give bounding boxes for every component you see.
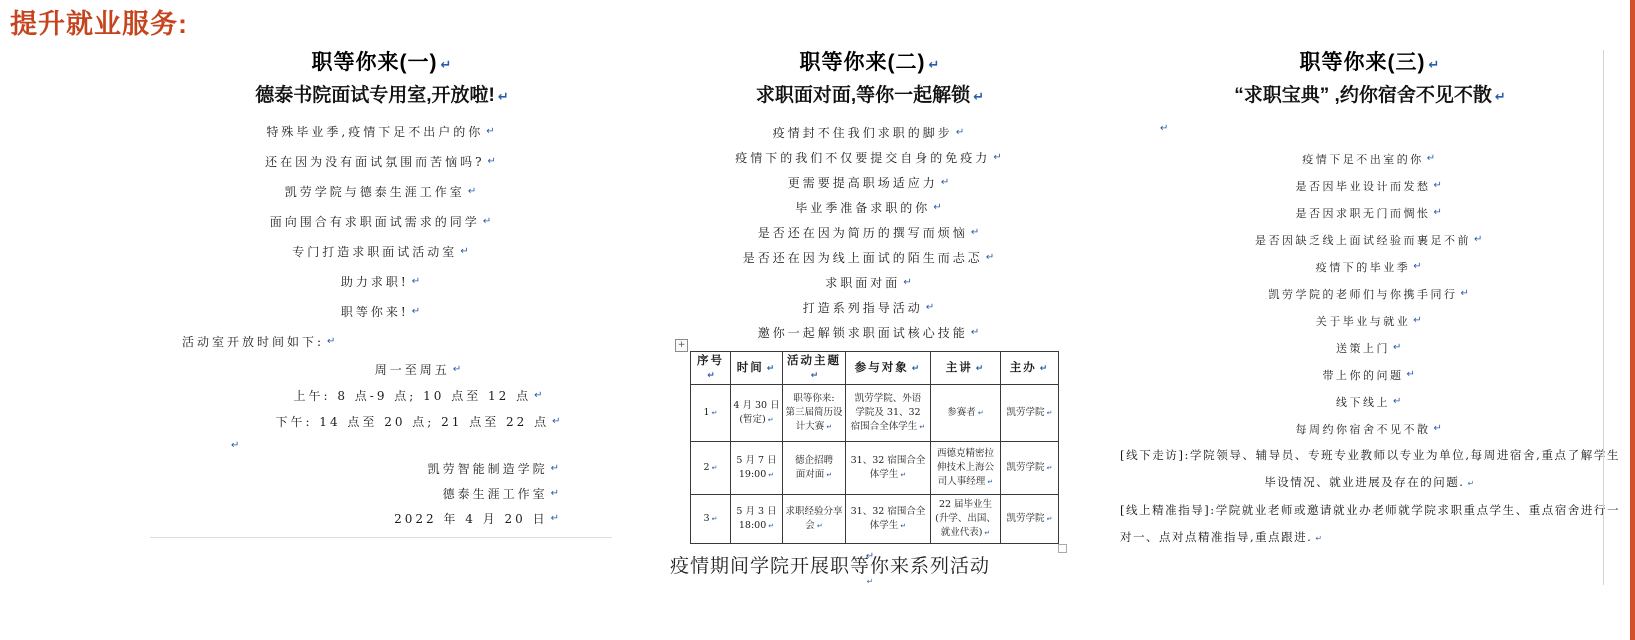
paragraph-mark-icon: ↵ [231,440,242,451]
doc-line: 疫情下足不出室的你↵ [1120,145,1620,172]
line-text: 打造系列指导活动 [803,299,923,316]
paragraph-mark-icon: ↵ [1413,315,1424,326]
line-text: 送策上门 [1336,340,1390,356]
table-header-cell: 活动主题↵ [783,352,846,385]
line-text: 2022 年 4 月 20 日 [394,510,548,527]
doc-line: 下午: 14 点至 20 点; 21 点至 22 点↵ [227,408,612,434]
doc-line: 职等你来!↵ [152,296,612,326]
caption: 疫情期间学院开展职等你来系列活动 [670,551,990,578]
line-text: 疫情封不住我们求职的脚步 [773,124,953,141]
table-header-cell: 主办↵ [1001,352,1059,385]
paragraph-mark-icon: ↵ [488,156,499,167]
paragraph-mark-icon: ↵ [1427,153,1438,164]
paragraph-mark-icon: ↵ [1495,90,1506,105]
table-row: 3↵5 月 3 日 18:00↵求职经验分享 会↵31、32 宿围合全 体学生↵… [691,495,1059,544]
table-cell: 5 月 3 日 18:00↵ [731,495,783,544]
doc3-title: 职等你来(三)↵ [1120,44,1620,76]
paragraph-mark-icon: ↵ [956,127,967,138]
paragraph-text: [线下走访]:学院领导、辅导员、专班专业教师以专业为单位,每周进宿舍,重点了解学… [1120,448,1620,489]
doc-line: 凯劳学院的老师们与你携手同行↵ [1120,280,1620,307]
doc-line: 助力求职!↵ [152,266,612,296]
doc3-intro-lines: 疫情下足不出室的你↵是否因毕业设计而发愁↵是否因求职无门而惆怅↵是否因缺乏线上面… [1120,145,1620,442]
line-text: 毕业季准备求职的你 [795,199,930,216]
line-text: 专门打造求职面试活动室 [292,243,457,260]
line-text: 上午: 8 点-9 点; 10 点至 12 点 [293,387,531,404]
doc1-subtitle: 德泰书院面试专用室,开放啦!↵ [152,84,612,108]
paragraph-mark-icon: ↵ [1413,261,1424,272]
line-text: 面向围合有求职面试需求的同学 [270,213,480,230]
line-text: 是否还在因为简历的撰写而烦恼 [758,224,968,241]
paragraph-mark-icon: ↵ [412,276,423,287]
paragraph-mark-icon: ↵ [1393,396,1404,407]
paragraph-mark-icon: ↵ [712,515,718,523]
doc-line: 专门打造求职面试活动室↵ [152,236,612,266]
paragraph-mark-icon: ↵ [1040,364,1050,374]
table-header-cell: 时间↵ [731,352,783,385]
doc2-title-text: 职等你来(二) [800,51,926,74]
line-text: 凯劳学院的老师们与你携手同行 [1269,286,1458,302]
table-cell: 凯劳学院↵ [1001,495,1059,544]
paragraph-mark-icon: ↵ [441,58,453,73]
line-text: 助力求职! [341,273,409,290]
paragraph-mark-icon: ↵ [826,423,832,431]
line-text: 周一至周五 [375,361,450,378]
table-cell: 3↵ [691,495,731,544]
doc-line: 线下线上↵ [1120,388,1620,415]
table-move-handle-icon[interactable]: + [675,339,688,352]
table-header-row: 序号↵时间↵活动主题↵参与对象↵主讲↵主办↵ [691,352,1059,385]
slide-canvas: 提升就业服务: 职等你来(一)↵ 德泰书院面试专用室,开放啦!↵ 特殊毕业季,疫… [0,0,1635,640]
doc1-page-edge [150,537,612,538]
paragraph-mark-icon: ↵ [993,152,1004,163]
paragraph-mark-icon: ↵ [768,522,774,530]
doc-line: 疫情下的我们不仅要提交自身的免疫力↵ [660,145,1080,170]
doc3-paragraph-online: [线上精准指导]:学院就业老师或邀请就业办老师就学院求职重点学生、重点宿舍进行一… [1120,497,1620,552]
doc-line: 是否因求职无门而惆怅↵ [1120,199,1620,226]
doc-line: 2022 年 4 月 20 日↵ [152,506,612,531]
doc-line: 上午: 8 点-9 点; 10 点至 12 点↵ [227,382,612,408]
paragraph-mark-icon: ↵ [941,177,952,188]
doc1-subtitle-text: 德泰书院面试专用室,开放啦! [255,85,495,106]
table-cell: 2↵ [691,442,731,495]
doc1-signature-lines: 凯劳智能制造学院↵德泰生涯工作室↵2022 年 4 月 20 日↵ [152,456,612,531]
doc3-subtitle-text: “求职宝典” ,约你宿舍不见不散 [1234,85,1492,106]
doc-line: 是否还在因为线上面试的陌生而忐忑↵ [660,245,1080,270]
paragraph-mark-icon: ↵ [551,488,562,499]
table-resize-handle[interactable] [1058,544,1067,553]
paragraph-mark-icon: ↵ [551,513,562,524]
paragraph-mark-icon: ↵ [1434,423,1445,434]
paragraph-mark-icon: ↵ [1407,369,1418,380]
paragraph-mark-icon: ↵ [973,90,984,105]
paragraph-mark-icon: ↵ [929,58,941,73]
doc-line: 求职面对面↵ [660,270,1080,295]
doc-line: 是否还在因为简历的撰写而烦恼↵ [660,220,1080,245]
doc-line: 每周约你宿舍不见不散↵ [1120,415,1620,442]
table-cell: 参赛者↵ [931,385,1001,442]
paragraph-mark-icon: ↵ [933,202,944,213]
table-cell: 31、32 宿围合全 体学生↵ [846,495,931,544]
table-cell: 1↵ [691,385,731,442]
paragraph-mark-icon: ↵ [453,364,464,375]
doc3-title-text: 职等你来(三) [1300,51,1426,74]
paragraph-mark-icon: ↵ [707,371,717,381]
paragraph-mark-icon: ↵ [976,364,986,374]
paragraph-mark-icon: ↵ [712,464,718,472]
doc2-subtitle-text: 求职面对面,等你一起解锁 [756,85,970,106]
line-text: 职等你来! [341,303,409,320]
paragraph-mark-icon: ↵ [1047,409,1053,417]
table-cell: 4 月 30 日 (暂定)↵ [731,385,783,442]
paragraph-mark-icon: ↵ [912,364,922,374]
doc-line: 关于毕业与就业↵ [1120,307,1620,334]
paragraph-mark-icon: ↵ [552,416,563,427]
right-accent-bar [1630,0,1635,640]
doc-line: 凯劳智能制造学院↵ [152,456,612,481]
doc2-subtitle: 求职面对面,等你一起解锁↵ [660,84,1080,108]
paragraph-mark-icon: ↵ [1429,58,1441,73]
line-text: 带上你的问题 [1323,367,1404,383]
table-header-cell: 参与对象↵ [846,352,931,385]
paragraph-mark-icon: ↵ [768,471,774,479]
line-text: 凯劳智能制造学院 [428,460,548,477]
doc-line: 周一至周五↵ [227,356,612,382]
table-cell: 德企招聘 面对面↵ [783,442,846,495]
line-text: 是否因毕业设计而发愁 [1296,178,1431,194]
table-header-cell: 序号↵ [691,352,731,385]
doc3-paragraph-offline: [线下走访]:学院领导、辅导员、专班专业教师以专业为单位,每周进宿舍,重点了解学… [1120,442,1620,497]
table-cell: 22 届毕业生 (升学、出国、 就业代表)↵ [931,495,1001,544]
paragraph-mark-icon: ↵ [327,336,338,347]
activity-table: 序号↵时间↵活动主题↵参与对象↵主讲↵主办↵ 1↵4 月 30 日 (暂定)↵职… [690,351,1059,544]
paragraph-mark-icon: ↵ [971,227,982,238]
table-header-cell: 主讲↵ [931,352,1001,385]
paragraph-mark-icon: ↵ [534,390,545,401]
doc-line: 疫情下的毕业季↵ [1120,253,1620,280]
line-text: 求职面对面 [825,274,900,291]
line-text: 疫情下的毕业季 [1316,259,1411,275]
paragraph-mark-icon: ↵ [919,423,925,431]
paragraph-mark-icon: ↵ [1434,180,1445,191]
paragraph-mark-icon: ↵ [900,522,906,530]
paragraph-mark-icon: ↵ [1434,207,1445,218]
document-image-3[interactable]: 职等你来(三)↵ “求职宝典” ,约你宿舍不见不散↵ ↵ 疫情下足不出室的你↵是… [1120,44,1620,552]
empty-paragraph: ↵ [1120,116,1620,140]
line-text: 德泰生涯工作室 [443,485,548,502]
line-text: 是否因缺乏线上面试经验而裹足不前 [1255,232,1471,248]
paragraph-mark-icon: ↵ [903,277,914,288]
doc1-schedule-lines: 周一至周五↵上午: 8 点-9 点; 10 点至 12 点↵下午: 14 点至 … [227,356,612,434]
paragraph-mark-icon: ↵ [412,306,423,317]
line-text: 疫情下的我们不仅要提交自身的免疫力 [735,149,990,166]
line-text: 疫情下足不出室的你 [1302,151,1424,167]
line-text: 每周约你宿舍不见不散 [1296,421,1431,437]
doc2-title: 职等你来(二)↵ [660,44,1080,76]
paragraph-mark-icon: ↵ [768,416,774,424]
paragraph-mark-icon: ↵ [984,529,990,537]
table-cell: 职等你来: 第三届简历设 计大赛↵ [783,385,846,442]
line-text: 凯劳学院与德泰生涯工作室 [285,183,465,200]
paragraph-mark-icon: ↵ [987,478,993,486]
paragraph-mark-icon: ↵ [1393,342,1404,353]
paragraph-mark-icon: ↵ [483,216,494,227]
line-text: 关于毕业与就业 [1316,313,1411,329]
table-cell: 西德克精密拉 伸技术上海公 司人事经理↵ [931,442,1001,495]
paragraph-mark-icon: ↵ [1047,464,1053,472]
table-cell: 凯劳学院↵ [1001,442,1059,495]
doc1-intro-lines: 特殊毕业季,疫情下足不出户的你↵还在因为没有面试氛围而苦恼吗?↵凯劳学院与德泰生… [152,116,612,326]
paragraph-mark-icon: ↵ [1474,234,1485,245]
paragraph-mark-icon: ↵ [811,371,821,381]
doc1-title: 职等你来(一)↵ [152,44,612,76]
paragraph-mark-icon: ↵ [1461,288,1472,299]
line-text: 是否还在因为线上面试的陌生而忐忑 [743,249,983,266]
doc-line: 带上你的问题↵ [1120,361,1620,388]
table-cell: 求职经验分享 会↵ [783,495,846,544]
line-text: 活动室开放时间如下: [182,333,324,350]
paragraph-mark-icon: ↵ [1047,515,1053,523]
document-image-1[interactable]: 职等你来(一)↵ 德泰书院面试专用室,开放啦!↵ 特殊毕业季,疫情下足不出户的你… [152,44,612,531]
doc-line: 疫情封不住我们求职的脚步↵ [660,120,1080,145]
line-text: 线下线上 [1336,394,1390,410]
doc2-intro-lines: 疫情封不住我们求职的脚步↵疫情下的我们不仅要提交自身的免疫力↵更需要提高职场适应… [660,120,1080,345]
doc-line: 凯劳学院与德泰生涯工作室↵ [152,176,612,206]
paragraph-mark-icon: ↵ [1315,534,1323,543]
line-text: 邀你一起解锁求职面试核心技能 [758,324,968,341]
table-cell: 5 月 7 日 19:00↵ [731,442,783,495]
doc-line: 特殊毕业季,疫情下足不出户的你↵ [152,116,612,146]
paragraph-mark-icon: ↵ [1160,123,1171,134]
doc-line: 是否因缺乏线上面试经验而裹足不前↵ [1120,226,1620,253]
doc-line: 送策上门↵ [1120,334,1620,361]
table-cell: 31、32 宿围合全 体学生↵ [846,442,931,495]
line-text: 还在因为没有面试氛围而苦恼吗? [265,153,484,170]
table-cell: 凯劳学院、外语 学院及 31、32 宿围合全体学生↵ [846,385,931,442]
doc-line: 打造系列指导活动↵ [660,295,1080,320]
page-title: 提升就业服务: [10,2,188,41]
doc-line: 德泰生涯工作室↵ [152,481,612,506]
paragraph-mark-icon: ↵ [817,522,823,530]
doc-line: 面向围合有求职面试需求的同学↵ [152,206,612,236]
paragraph-mark-icon: ↵ [486,126,497,137]
paragraph-mark-icon: ↵ [468,186,479,197]
paragraph-mark-icon: ↵ [867,577,877,586]
paragraph-mark-icon: ↵ [971,327,982,338]
paragraph-mark-icon: ↵ [460,246,471,257]
doc-line: 还在因为没有面试氛围而苦恼吗?↵ [152,146,612,176]
doc-line: 毕业季准备求职的你↵ [660,195,1080,220]
paragraph-mark-icon: ↵ [1467,479,1475,488]
document-image-2[interactable]: 职等你来(二)↵ 求职面对面,等你一起解锁↵ 疫情封不住我们求职的脚步↵疫情下的… [660,44,1080,594]
doc-line: 邀你一起解锁求职面试核心技能↵ [660,320,1080,345]
table-row: 2↵5 月 7 日 19:00↵德企招聘 面对面↵31、32 宿围合全 体学生↵… [691,442,1059,495]
line-text: 是否因求职无门而惆怅 [1296,205,1431,221]
doc1-title-text: 职等你来(一) [312,51,438,74]
paragraph-mark-icon: ↵ [498,90,509,105]
table-cell: 凯劳学院↵ [1001,385,1059,442]
paragraph-mark-icon: ↵ [900,471,906,479]
doc1-schedule-label: 活动室开放时间如下:↵ [152,326,612,356]
activity-table-wrap: + 序号↵时间↵活动主题↵参与对象↵主讲↵主办↵ 1↵4 月 30 日 (暂定)… [690,351,1058,544]
line-text: 特殊毕业季,疫情下足不出户的你 [266,123,483,140]
empty-paragraph: ↵ [152,434,612,456]
doc3-subtitle: “求职宝典” ,约你宿舍不见不散↵ [1120,84,1620,108]
paragraph-mark-icon: ↵ [551,463,562,474]
line-text: 更需要提高职场适应力 [788,174,938,191]
line-text: 下午: 14 点至 20 点; 21 点至 22 点 [275,413,549,430]
paragraph-mark-icon: ↵ [767,364,777,374]
paragraph-mark-icon: ↵ [978,409,984,417]
paragraph-text: [线上精准指导]:学院就业老师或邀请就业办老师就学院求职重点学生、重点宿舍进行一… [1120,503,1620,544]
paragraph-mark-icon: ↵ [712,409,718,417]
table-row: 1↵4 月 30 日 (暂定)↵职等你来: 第三届简历设 计大赛↵凯劳学院、外语… [691,385,1059,442]
doc-line: 更需要提高职场适应力↵ [660,170,1080,195]
doc-line: 是否因毕业设计而发愁↵ [1120,172,1620,199]
doc3-page-edge [1603,50,1604,585]
paragraph-mark-icon: ↵ [926,302,937,313]
paragraph-mark-icon: ↵ [986,252,997,263]
paragraph-mark-icon: ↵ [826,471,832,479]
